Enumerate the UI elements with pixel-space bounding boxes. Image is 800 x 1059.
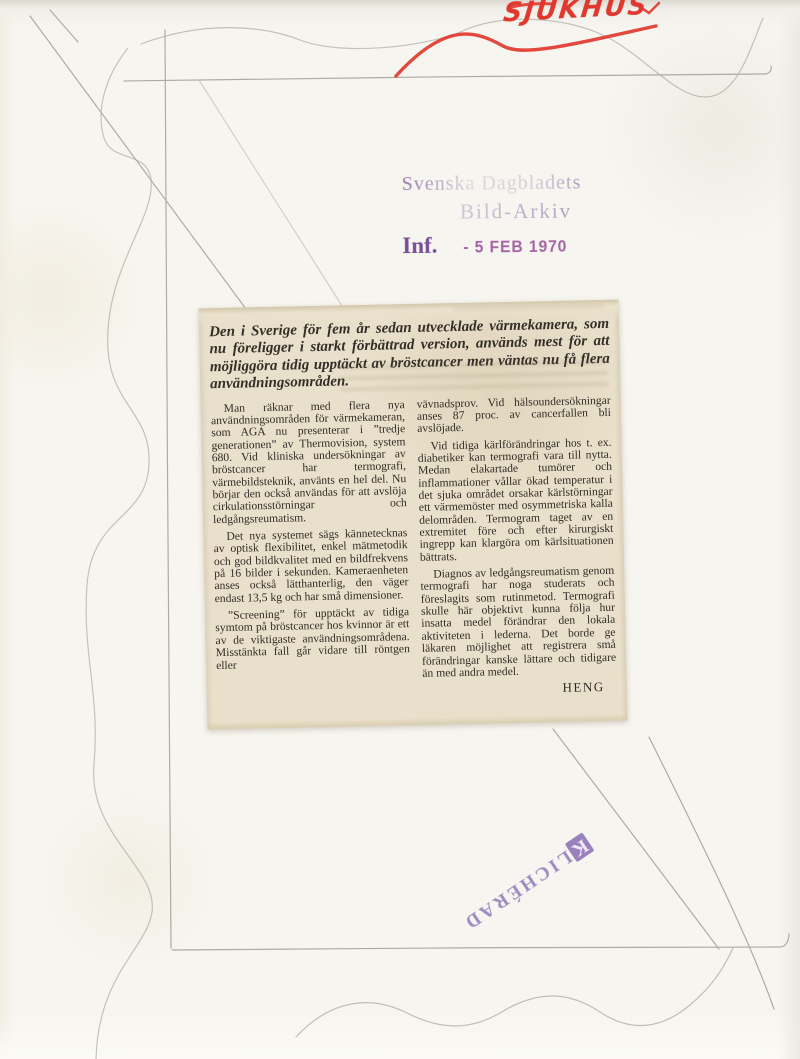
- archive-photo-card: SJUKHUS Svenska Dagbladets Bild-Arkiv In…: [0, 0, 800, 1059]
- clipping-paragraph: ”Screening” för upptäckt av tidiga symto…: [215, 606, 410, 672]
- archive-stamp-inf-label: Inf.: [402, 233, 437, 259]
- clipping-paragraph: vävnadsprov. Vid hälsoundersökningar ans…: [417, 394, 612, 435]
- clipping-column-right: vävnadsprov. Vid hälsoundersökningar ans…: [417, 394, 617, 697]
- pencil-diagonal-top-left: [30, 16, 246, 309]
- red-underline-swoosh: [396, 26, 656, 76]
- archive-stamp-organization: Svenska Dagbladets: [402, 171, 652, 196]
- archive-stamp-dateline: Inf. - 5 FEB 1970: [402, 231, 652, 259]
- pencil-squiggle-top: [141, 18, 763, 97]
- ink-bleed-ghost: [454, 304, 604, 317]
- pencil-stroke-corner: [50, 10, 78, 42]
- clipping-paragraph: Diagnos av ledgångsreumatism genom termo…: [420, 565, 616, 680]
- pencil-squiggle-bottom: [296, 948, 733, 1037]
- archive-stamp-date: - 5 FEB 1970: [463, 237, 567, 258]
- clipping-paragraph: Det nya systemet sägs kännetecknas av op…: [213, 527, 409, 605]
- pencil-squiggle-left: [86, 48, 152, 1059]
- clipping-byline: HENG: [423, 681, 617, 697]
- clipping-columns: Man räknar med flera nya användningsområ…: [211, 394, 617, 701]
- clipping-paragraph: Man räknar med flera nya användningsområ…: [211, 399, 408, 526]
- pencil-diagonal-bottom-2: [649, 737, 774, 1009]
- pencil-horizontal-top: [124, 66, 771, 81]
- newspaper-clipping: Den i Sverige för fem år sedan utvecklad…: [199, 300, 628, 730]
- clipping-paragraph: Vid tidiga kärlförändringar hos t. ex. d…: [417, 436, 614, 563]
- pencil-horizontal-bottom: [172, 934, 789, 950]
- archive-stamp: Svenska Dagbladets Bild-Arkiv Inf. - 5 F…: [402, 171, 653, 259]
- archive-stamp-department: Bild-Arkiv: [460, 198, 652, 225]
- clipping-intro: Den i Sverige för fem år sedan utvecklad…: [209, 316, 610, 394]
- pencil-vertical-left: [165, 30, 171, 948]
- clipping-column-left: Man räknar med flera nya användningsområ…: [211, 399, 411, 702]
